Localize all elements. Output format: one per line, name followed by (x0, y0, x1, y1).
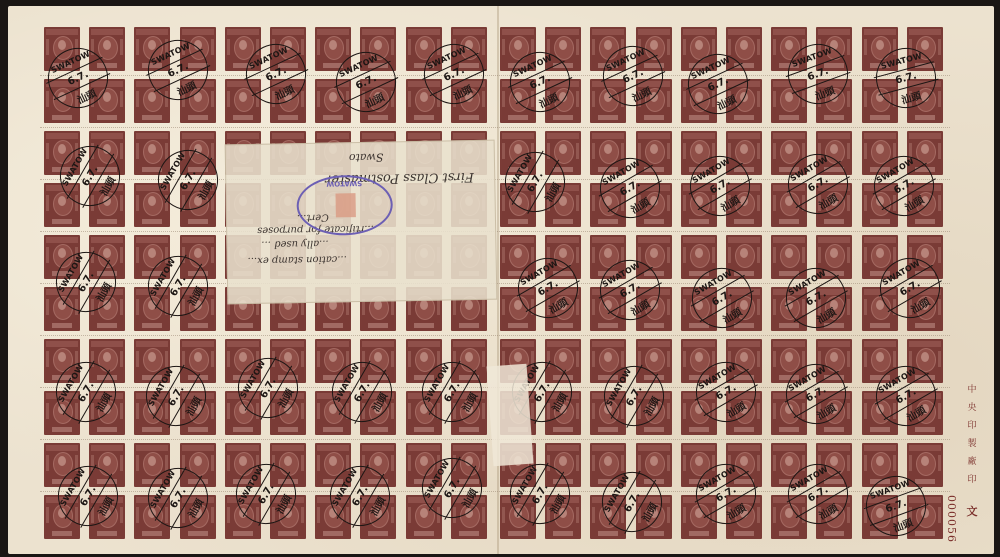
perforation-row (40, 335, 950, 336)
label-note-1: ...cation stamp ex... (248, 253, 347, 266)
printer-imprint: 中 央 印 製 廠 印 文 (962, 381, 982, 521)
stamp-grid: SWATOW6.7.汕頭SWATOW6.7.汕頭SWATOW6.7.汕頭SWAT… (0, 0, 1000, 557)
perforation-row (40, 127, 950, 128)
violet-handstamp: SWATOW (296, 174, 393, 236)
imprint-char: 印 (962, 471, 982, 489)
sheet-serial-number: 000056 (945, 495, 958, 543)
handstamp-text: SWATOW (298, 178, 390, 188)
attached-certificate-label: First Class Postmaster Swato Cert... ...… (225, 140, 498, 305)
imprint-marker: 文 (962, 503, 982, 521)
imprint-char: 廠 (962, 453, 982, 471)
handstamp-seal (335, 193, 355, 217)
hinge-tape (487, 364, 534, 467)
imprint-char: 央 (962, 399, 982, 417)
imprint-char: 製 (962, 435, 982, 453)
label-note-2: ...ally used ... (261, 238, 329, 250)
label-line-2: Swato (349, 151, 384, 165)
imprint-char: 中 (962, 381, 982, 399)
imprint-char: 印 (962, 417, 982, 435)
